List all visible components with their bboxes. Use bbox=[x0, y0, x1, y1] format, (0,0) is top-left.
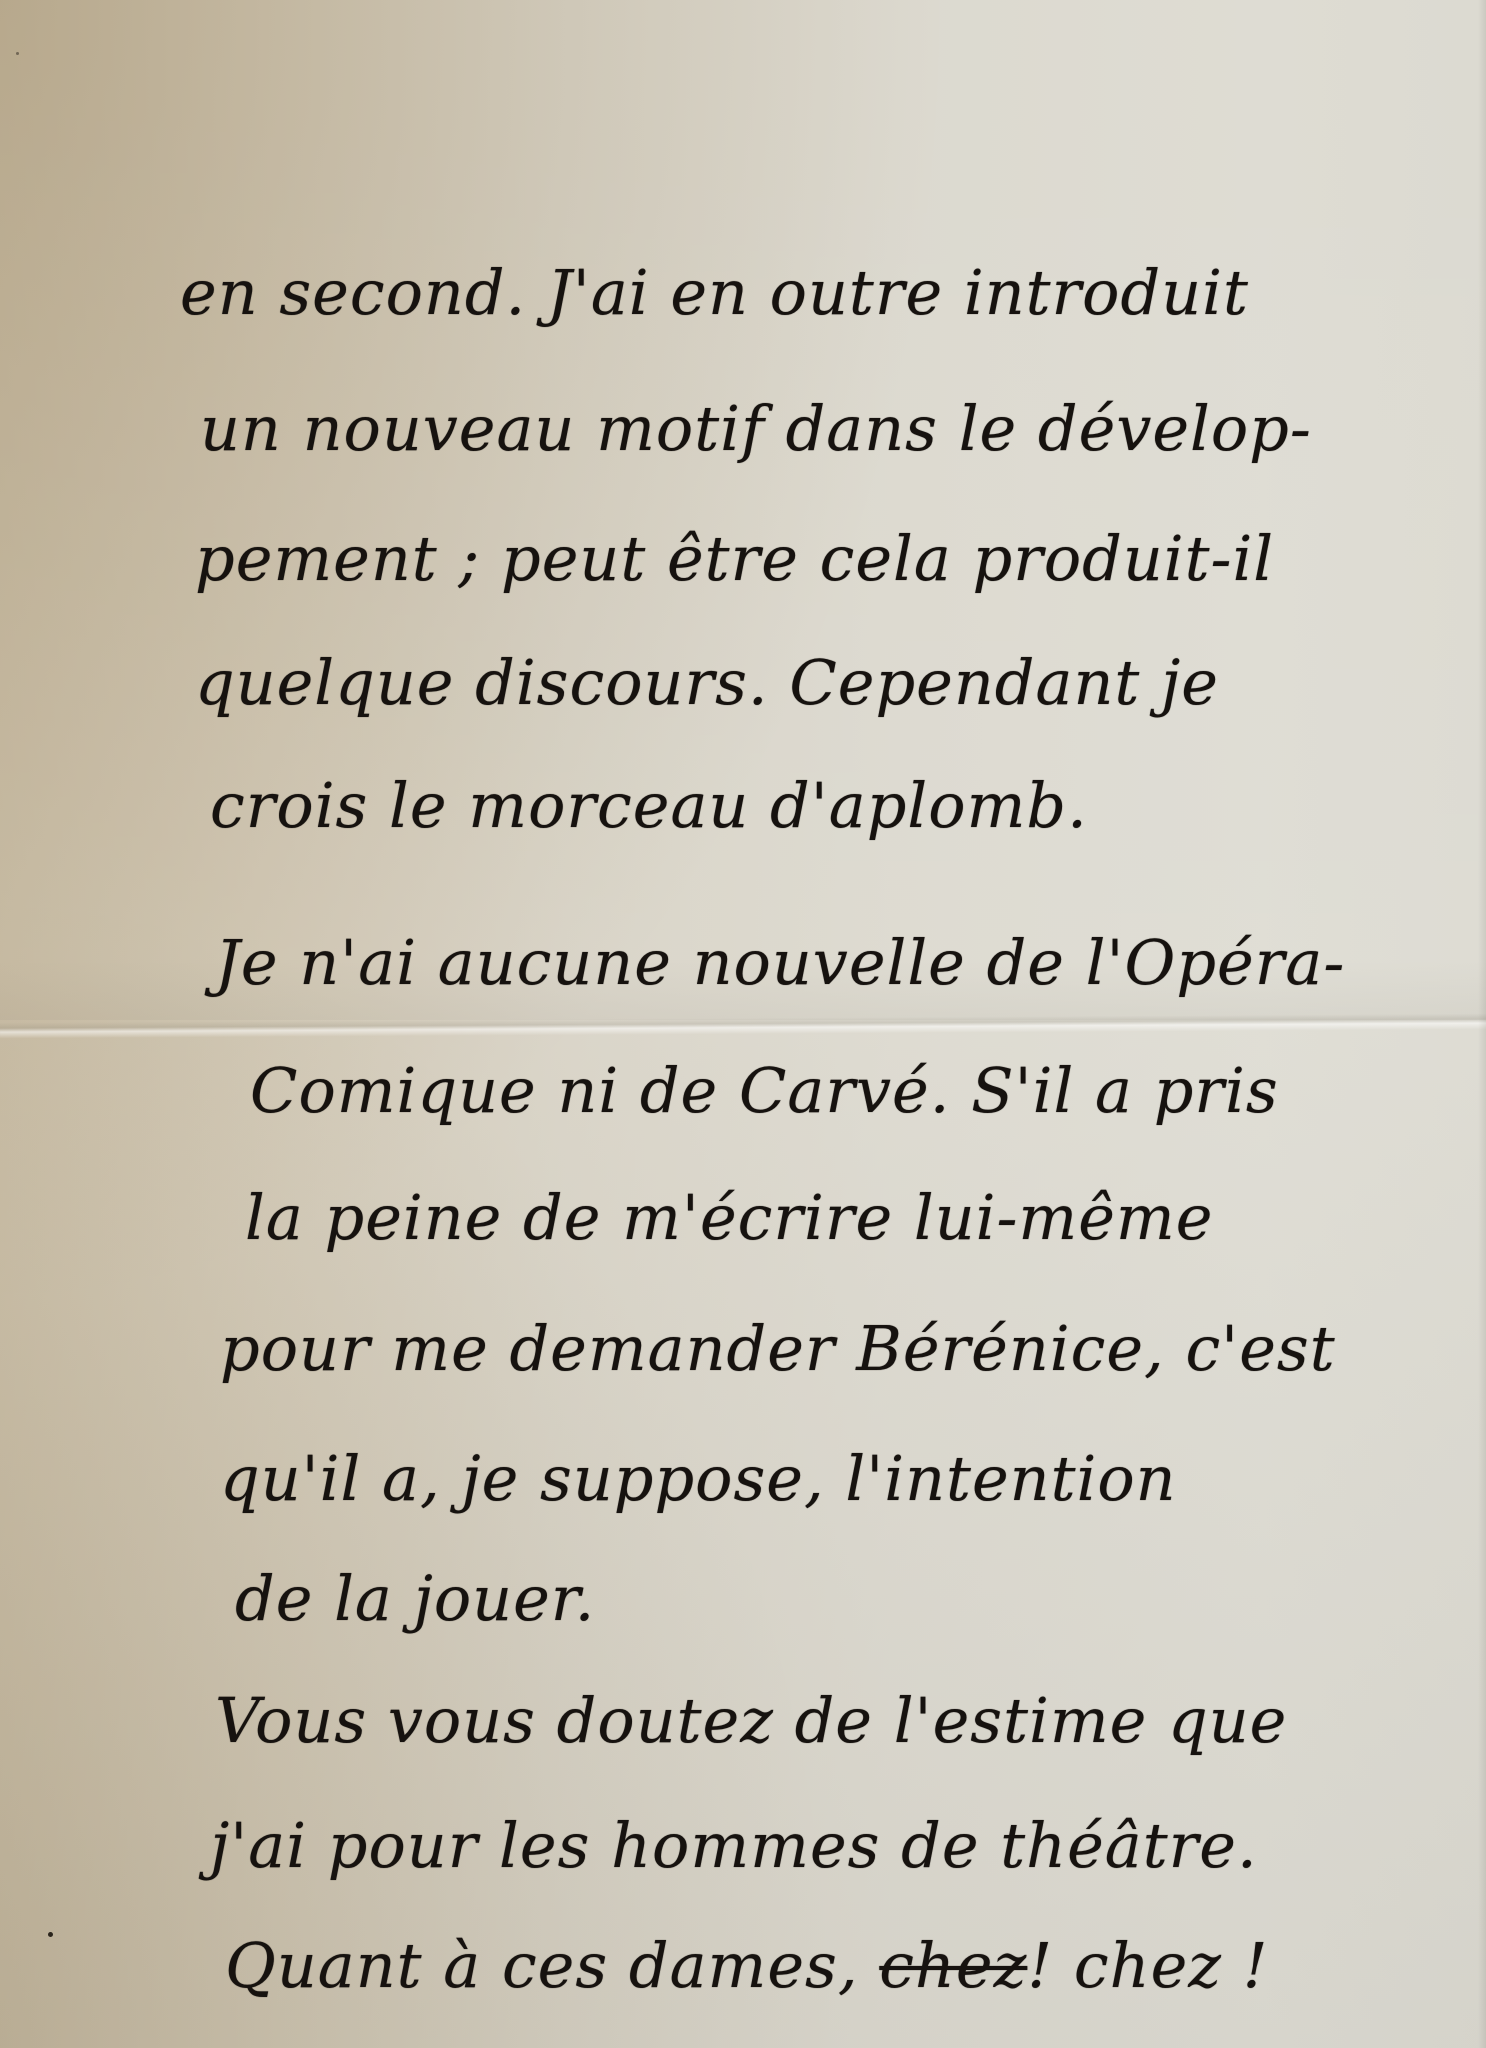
struck-out-word: chez bbox=[879, 1929, 1027, 2002]
letter-line-2: un nouveau motif dans le dévelop- bbox=[200, 398, 1312, 460]
letter-line-4: quelque discours. Cependant je bbox=[195, 652, 1219, 714]
letter-line-6: Je n'ai aucune nouvelle de l'Opéra- bbox=[215, 932, 1345, 994]
letter-line-1: en second. J'ai en outre introduit bbox=[180, 262, 1249, 324]
ink-speck bbox=[16, 52, 19, 55]
letter-line-9: pour me demander Bérénice, c'est bbox=[220, 1318, 1336, 1380]
letter-line-11: de la jouer. bbox=[235, 1568, 595, 1630]
letter-line-12: Vous vous doutez de l'estime que bbox=[215, 1690, 1287, 1752]
ink-speck bbox=[48, 1932, 53, 1937]
letter-line-14-text: Quant à ces dames, bbox=[225, 1929, 859, 2002]
letter-line-5: crois le morceau d'aplomb. bbox=[210, 775, 1088, 837]
letter-line-13: j'ai pour les hommes de théâtre. bbox=[210, 1815, 1258, 1877]
letter-line-8: la peine de m'écrire lui-même bbox=[245, 1187, 1213, 1249]
letter-line-10: qu'il a, je suppose, l'intention bbox=[220, 1448, 1177, 1510]
letter-body: en second. J'ai en outre introduit un no… bbox=[0, 0, 1486, 2048]
letter-line-14-end: ! chez ! bbox=[1027, 1929, 1268, 2002]
letter-line-3: pement ; peut être cela produit-il bbox=[195, 528, 1274, 590]
letter-line-7: Comique ni de Carvé. S'il a pris bbox=[250, 1060, 1279, 1122]
letter-line-14: Quant à ces dames, chez! chez ! bbox=[225, 1935, 1269, 1997]
